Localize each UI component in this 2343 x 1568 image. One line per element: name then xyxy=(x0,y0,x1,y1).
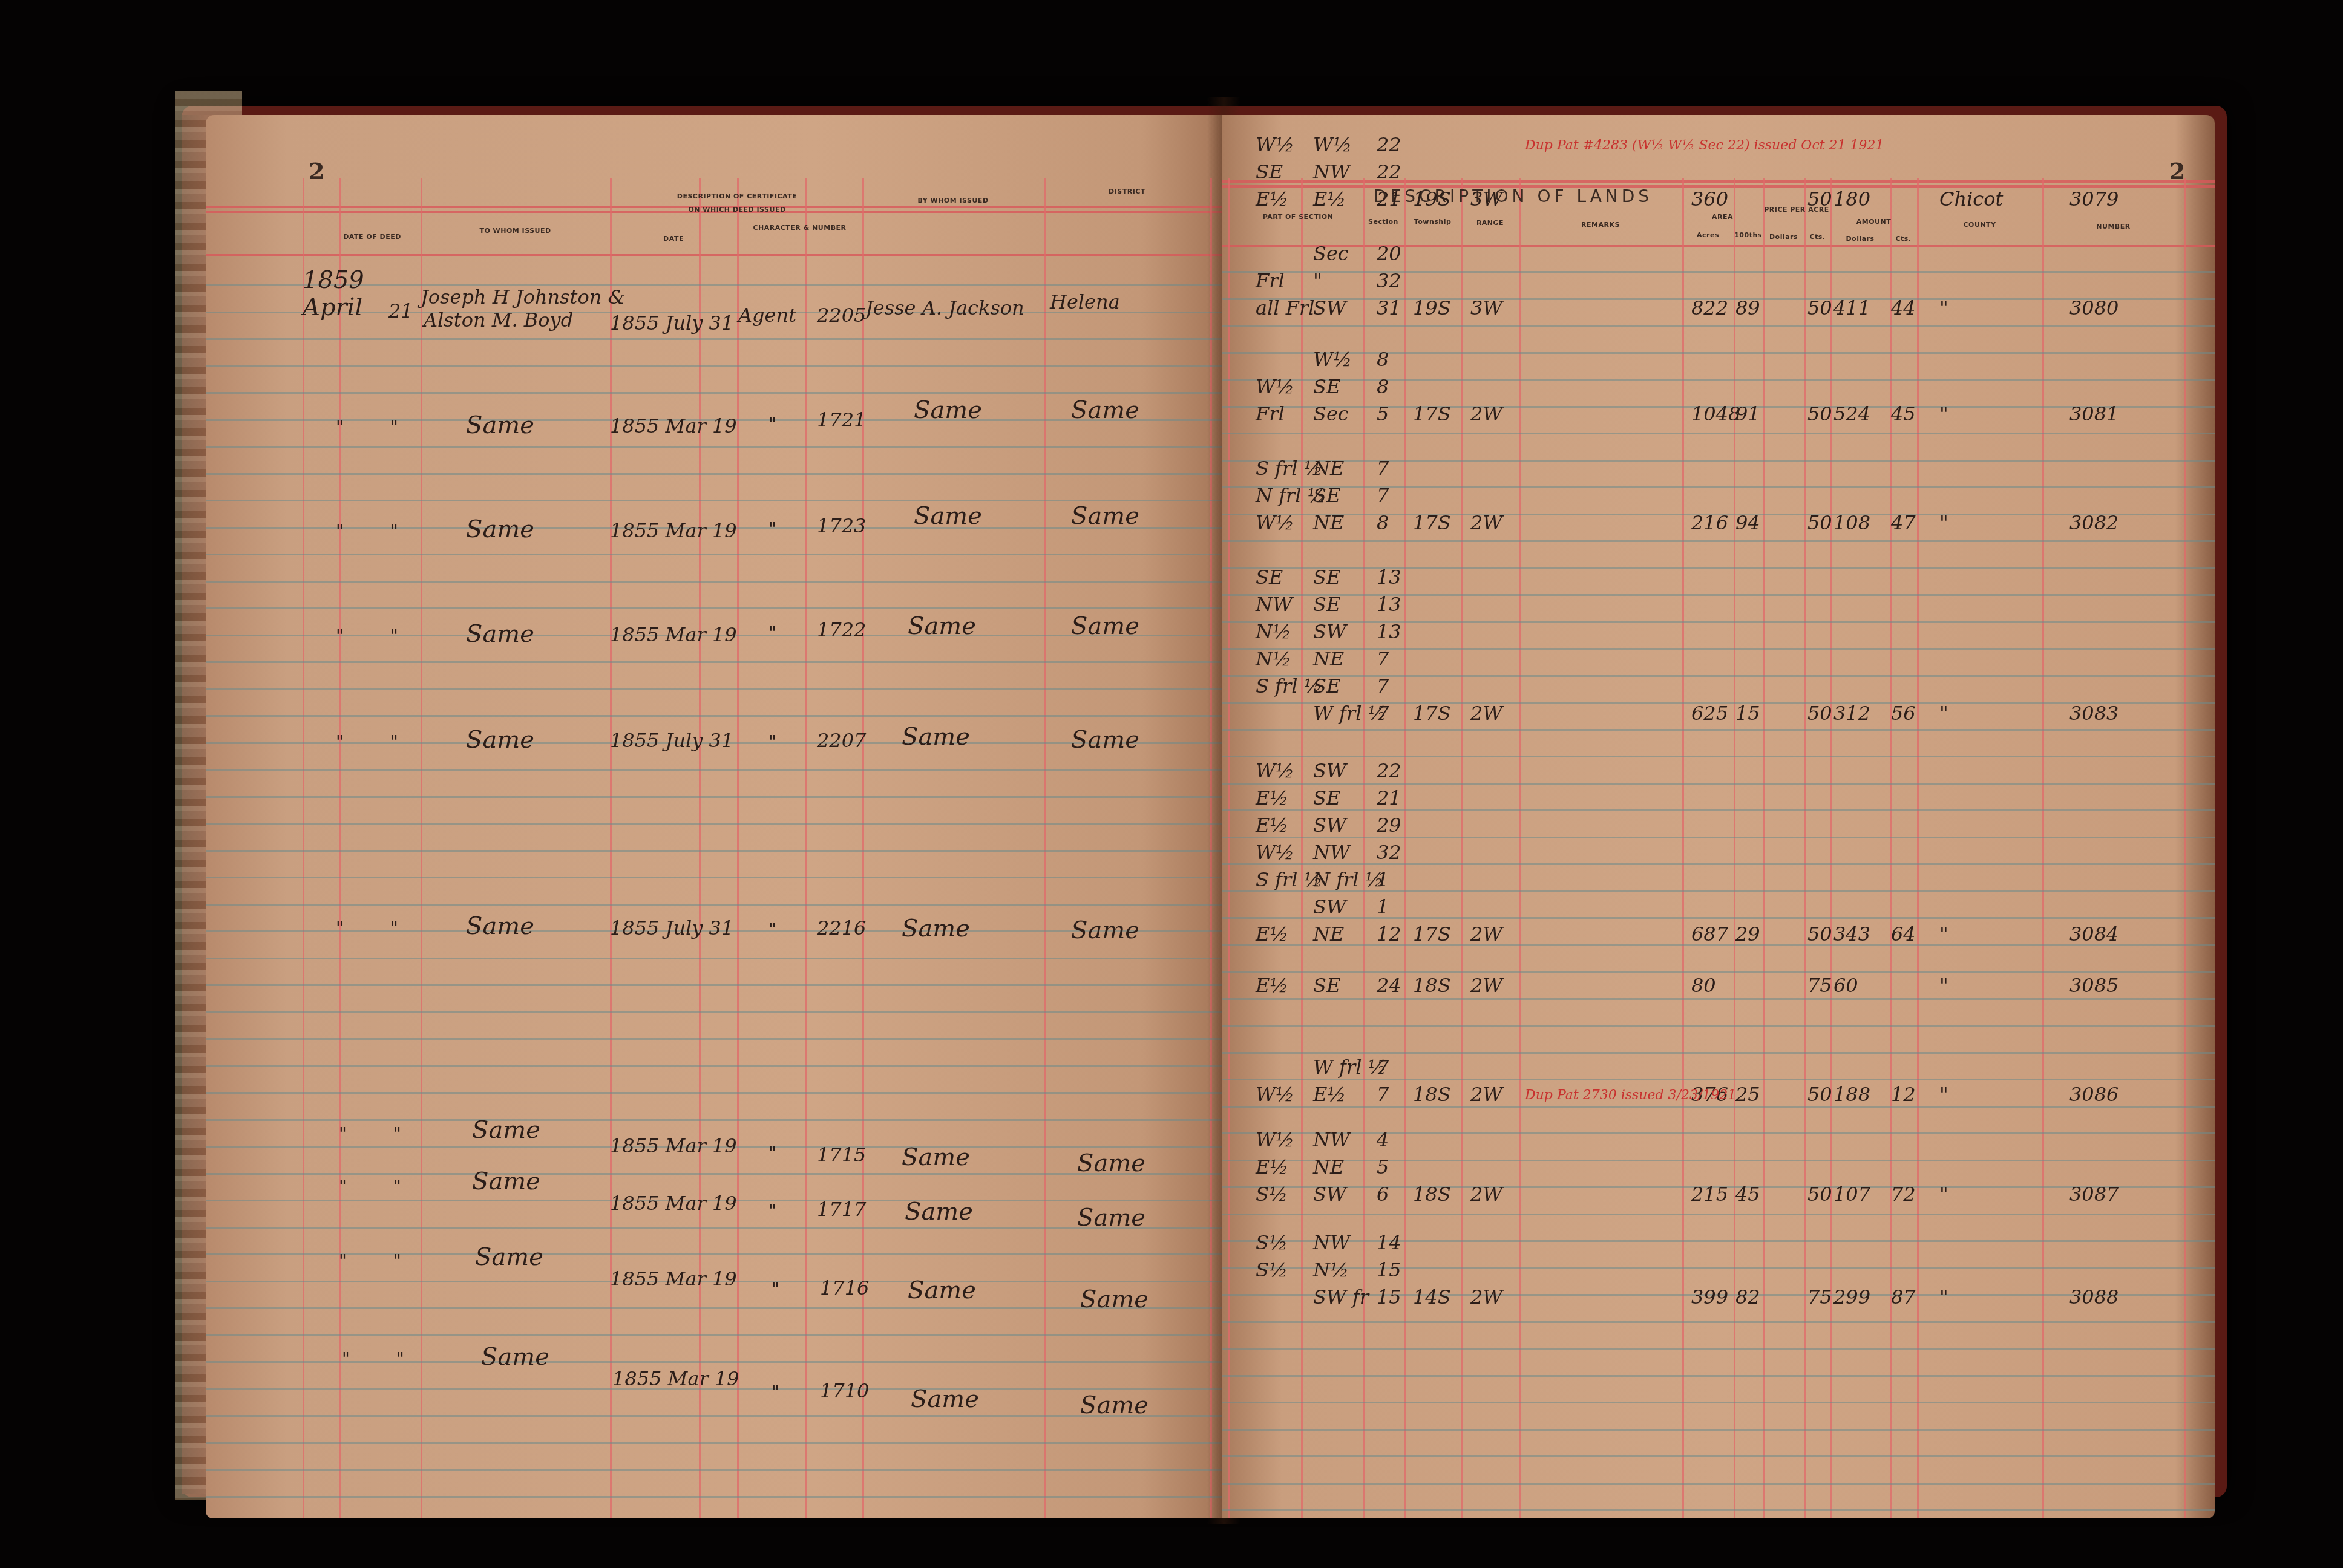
header-area: AREA xyxy=(1682,213,1763,221)
ruled-line xyxy=(1222,352,2215,354)
land-county: " xyxy=(1939,1183,1948,1206)
ruled-line xyxy=(206,661,1222,663)
entry-month: " xyxy=(336,732,344,752)
land-acres-hundredths: 94 xyxy=(1735,511,1760,534)
land-number: 3082 xyxy=(2069,511,2119,534)
header-acres: Acres xyxy=(1682,231,1734,239)
land-acres: 360 xyxy=(1691,188,1728,211)
land-part-of-section: NW xyxy=(1256,593,1293,616)
entry-month: " xyxy=(342,1349,350,1369)
land-county: Chicot xyxy=(1939,188,2003,211)
land-amount-dollars: 524 xyxy=(1833,402,1870,425)
land-acres: 625 xyxy=(1691,702,1728,725)
land-part-of-section-2: SE xyxy=(1313,484,1340,507)
land-amount-cents: 64 xyxy=(1891,923,1916,946)
entry-grantee: Same xyxy=(466,912,534,940)
ruled-line xyxy=(206,581,1222,583)
land-section: 7 xyxy=(1377,1083,1389,1106)
land-part-of-section-2: Sec xyxy=(1313,242,1349,265)
land-section: 1 xyxy=(1377,895,1389,918)
entry-cert-date: 1855 July 31 xyxy=(610,729,733,752)
land-section: 22 xyxy=(1377,160,1401,183)
land-part-of-section-2: W½ xyxy=(1313,133,1352,156)
land-section: 32 xyxy=(1377,841,1401,864)
ruled-line xyxy=(1222,1079,2215,1080)
land-range: 3W xyxy=(1470,296,1502,319)
land-part-of-section: E½ xyxy=(1256,923,1288,946)
ruled-line xyxy=(206,1065,1222,1067)
entry-district: Helena xyxy=(1050,290,1120,313)
land-section: 8 xyxy=(1377,511,1389,534)
ruled-line xyxy=(206,1227,1222,1229)
ruled-line xyxy=(1222,379,2215,381)
entry-grantee: Same xyxy=(466,726,534,754)
entry-grantee-2: Alston M. Boyd xyxy=(424,309,573,332)
header-section: Section xyxy=(1363,218,1404,226)
land-amount-dollars: 312 xyxy=(1833,702,1870,725)
entry-character: " xyxy=(772,1279,779,1299)
ruled-line xyxy=(206,1469,1222,1471)
entry-number: 1715 xyxy=(817,1143,866,1166)
land-county: " xyxy=(1939,974,1948,997)
land-price-cents: 50 xyxy=(1807,923,1832,946)
land-part-of-section-2: Sec xyxy=(1313,402,1349,425)
ruled-line xyxy=(1222,1483,2215,1485)
ruled-line xyxy=(1222,460,2215,462)
header-cert-date: DATE xyxy=(610,235,737,243)
ruled-line xyxy=(206,1253,1222,1255)
land-part-of-section-2: SE xyxy=(1313,675,1340,697)
ruled-line xyxy=(206,796,1222,798)
land-county: " xyxy=(1939,1083,1948,1106)
land-acres: 822 xyxy=(1691,296,1728,319)
land-section: 13 xyxy=(1377,620,1401,643)
land-range: 2W xyxy=(1470,402,1502,425)
col-line xyxy=(805,178,807,1518)
land-acres: 80 xyxy=(1691,974,1716,997)
ruled-line xyxy=(1222,1214,2215,1215)
land-county: " xyxy=(1939,702,1948,725)
land-part-of-section-2: N frl ½ xyxy=(1313,868,1384,891)
land-section: 7 xyxy=(1377,484,1389,507)
entry-district: Same xyxy=(1080,1285,1149,1313)
land-range: 2W xyxy=(1470,1083,1502,1106)
land-section: 32 xyxy=(1377,269,1401,292)
ruled-line xyxy=(206,1496,1222,1498)
land-amount-cents: 47 xyxy=(1891,511,1916,534)
land-amount-dollars: 411 xyxy=(1833,296,1870,319)
header-by-whom-issued: BY WHOM ISSUED xyxy=(862,197,1044,204)
ruled-line xyxy=(1222,1375,2215,1377)
entry-day: " xyxy=(396,1349,404,1369)
land-part-of-section-2: SW xyxy=(1313,759,1346,782)
land-price-cents: 75 xyxy=(1807,1285,1832,1308)
land-county: " xyxy=(1939,511,1948,534)
land-range: 2W xyxy=(1470,702,1502,725)
land-section: 7 xyxy=(1377,702,1389,725)
ruled-line xyxy=(1222,621,2215,623)
land-part-of-section: all Frl xyxy=(1256,296,1314,319)
land-acres-hundredths: 82 xyxy=(1735,1285,1760,1308)
land-part-of-section-2: E½ xyxy=(1313,188,1346,211)
land-part-of-section-2: SE xyxy=(1313,593,1340,616)
land-amount-cents: 72 xyxy=(1891,1183,1916,1206)
entry-grantee: Same xyxy=(472,1116,540,1144)
land-part-of-section-2: NE xyxy=(1313,923,1344,946)
header-top-rule xyxy=(1222,180,2215,183)
land-part-of-section-2: SW xyxy=(1313,814,1346,837)
land-township: 18S xyxy=(1413,1183,1451,1206)
header-remarks: REMARKS xyxy=(1519,221,1682,229)
ruled-line xyxy=(1222,1321,2215,1323)
land-part-of-section: W½ xyxy=(1256,759,1294,782)
entry-district: Same xyxy=(1071,916,1139,944)
entry-day: " xyxy=(390,417,398,437)
entry-district: Same xyxy=(1071,726,1139,754)
land-part-of-section-2: NW xyxy=(1313,1231,1350,1254)
land-section: 20 xyxy=(1377,242,1401,265)
land-part-of-section-2: NW xyxy=(1313,160,1350,183)
land-county: " xyxy=(1939,296,1948,319)
land-part-of-section-2: NE xyxy=(1313,1155,1344,1178)
land-acres-hundredths: 29 xyxy=(1735,923,1760,946)
land-part-of-section: E½ xyxy=(1256,1155,1288,1178)
land-part-of-section-2: SW xyxy=(1313,895,1346,918)
ruled-line xyxy=(1222,1402,2215,1403)
ruled-line xyxy=(1222,540,2215,542)
land-county: " xyxy=(1939,923,1948,946)
land-number: 3087 xyxy=(2069,1183,2119,1206)
land-part-of-section: S½ xyxy=(1256,1183,1288,1206)
header-county: COUNTY xyxy=(1917,221,2042,229)
ruled-line xyxy=(1222,1348,2215,1350)
land-part-of-section: W½ xyxy=(1256,1128,1294,1151)
ruled-line xyxy=(206,769,1222,771)
land-price-cents: 50 xyxy=(1807,511,1832,534)
ruled-line xyxy=(1222,756,2215,757)
land-part-of-section-2: E½ xyxy=(1313,1083,1346,1106)
entry-number: 2216 xyxy=(817,916,866,939)
land-amount-dollars: 180 xyxy=(1833,188,1870,211)
entry-year: 1859 xyxy=(303,266,364,294)
land-part-of-section: SE xyxy=(1256,566,1283,589)
land-part-of-section: W½ xyxy=(1256,1083,1294,1106)
header-range: RANGE xyxy=(1461,219,1519,227)
land-acres: 215 xyxy=(1691,1183,1728,1206)
land-part-of-section-2: W frl ½ xyxy=(1313,1056,1387,1079)
ruled-line xyxy=(1222,1025,2215,1027)
land-amount-cents: 44 xyxy=(1891,296,1916,319)
col-line xyxy=(1044,178,1046,1518)
entry-day: 21 xyxy=(388,299,413,322)
ruled-line xyxy=(1222,1429,2215,1431)
entry-character: " xyxy=(768,920,776,939)
ruled-line xyxy=(206,1334,1222,1336)
ruled-line xyxy=(1222,971,2215,973)
entry-character: " xyxy=(768,519,776,539)
entry-district: Same xyxy=(1071,612,1139,640)
ruled-line xyxy=(206,850,1222,852)
land-part-of-section-2: W frl ½ xyxy=(1313,702,1387,725)
land-part-of-section-2: SE xyxy=(1313,974,1340,997)
ruled-line xyxy=(206,823,1222,825)
land-section: 21 xyxy=(1377,188,1401,211)
land-part-of-section: Frl xyxy=(1256,269,1285,292)
entry-grantee: Same xyxy=(466,515,534,543)
entry-character: " xyxy=(772,1382,779,1402)
header-price-cents: Cts. xyxy=(1804,233,1830,241)
land-amount-cents: 87 xyxy=(1891,1285,1916,1308)
entry-issued-by: Same xyxy=(902,1143,970,1171)
ruled-line xyxy=(1222,433,2215,434)
land-part-of-section-2: NE xyxy=(1313,647,1344,670)
land-amount-dollars: 343 xyxy=(1833,923,1870,946)
land-section: 5 xyxy=(1377,402,1389,425)
entry-district: Same xyxy=(1080,1391,1149,1419)
entry-grantee: Same xyxy=(475,1243,543,1271)
entry-cert-date: 1855 Mar 19 xyxy=(610,414,737,437)
entry-character: " xyxy=(768,1201,776,1221)
header-amount-dollars: Dollars xyxy=(1830,235,1890,243)
land-acres: 687 xyxy=(1691,923,1728,946)
land-amount-cents: 12 xyxy=(1891,1083,1916,1106)
ruled-line xyxy=(1222,1132,2215,1134)
ruled-line xyxy=(1222,325,2215,327)
entry-cert-date: 1855 July 31 xyxy=(610,916,733,939)
land-part-of-section: W½ xyxy=(1256,133,1294,156)
entry-character: " xyxy=(768,623,776,643)
header-amount-cents: Cts. xyxy=(1890,235,1917,243)
land-part-of-section-2: SW xyxy=(1313,1183,1346,1206)
entry-grantee: Same xyxy=(466,411,534,439)
entry-cert-date: 1855 Mar 19 xyxy=(610,1192,737,1215)
header-character-number: CHARACTER & NUMBER xyxy=(737,224,862,232)
entry-month: " xyxy=(339,1177,347,1197)
entry-district: Same xyxy=(1077,1204,1145,1232)
header-bottom-rule xyxy=(206,254,1222,256)
header-hundredths: 100ths xyxy=(1734,231,1763,239)
entry-number: 1722 xyxy=(817,618,866,641)
entry-cert-date: 1855 Mar 19 xyxy=(612,1367,739,1390)
land-remarks: Dup Pat 2730 issued 3/23/1921 xyxy=(1525,1088,1736,1103)
ruled-line xyxy=(206,1442,1222,1444)
entry-issued-by: Same xyxy=(911,1385,979,1413)
land-part-of-section-2: " xyxy=(1313,269,1322,292)
land-acres-hundredths: 91 xyxy=(1735,402,1760,425)
land-price-cents: 50 xyxy=(1807,188,1832,211)
land-range: 2W xyxy=(1470,511,1502,534)
land-acres: 399 xyxy=(1691,1285,1728,1308)
entry-grantee: Same xyxy=(481,1343,549,1371)
ruled-line xyxy=(1222,809,2215,811)
land-section: 22 xyxy=(1377,133,1401,156)
entry-district: Same xyxy=(1071,502,1139,530)
ruled-line xyxy=(1222,1509,2215,1511)
ruled-line xyxy=(206,607,1222,609)
land-part-of-section-2: SW fr xyxy=(1313,1285,1369,1308)
ruled-line xyxy=(1222,1160,2215,1161)
ruled-line xyxy=(206,500,1222,501)
ruled-line xyxy=(206,1092,1222,1094)
land-part-of-section: N½ xyxy=(1256,647,1291,670)
entry-issued-by: Same xyxy=(908,1276,976,1304)
ruled-line xyxy=(1222,1455,2215,1457)
land-township: 17S xyxy=(1413,702,1451,725)
entry-day: " xyxy=(393,1251,401,1271)
entry-grantee: Same xyxy=(472,1168,540,1195)
entry-issued-by: Same xyxy=(914,502,982,530)
land-part-of-section-2: N½ xyxy=(1313,1258,1349,1281)
ruled-line xyxy=(1222,863,2215,865)
land-acres: 216 xyxy=(1691,511,1728,534)
header-bottom-rule xyxy=(1222,245,2215,247)
ruled-line xyxy=(206,365,1222,367)
ruled-line xyxy=(206,1011,1222,1013)
ruled-line xyxy=(1222,998,2215,1000)
land-number: 3083 xyxy=(2069,702,2119,725)
land-range: 2W xyxy=(1470,974,1502,997)
land-section: 15 xyxy=(1377,1258,1401,1281)
entry-number: 1716 xyxy=(820,1276,869,1299)
ruled-line xyxy=(206,473,1222,475)
entry-number: 1721 xyxy=(817,408,866,431)
land-section: 29 xyxy=(1377,814,1401,837)
entry-character: " xyxy=(768,1143,776,1163)
land-range: 2W xyxy=(1470,1183,1502,1206)
land-section: 8 xyxy=(1377,348,1389,371)
land-township: 19S xyxy=(1413,296,1451,319)
land-number: 3080 xyxy=(2069,296,2119,319)
ruled-line xyxy=(1222,729,2215,731)
land-price-cents: 50 xyxy=(1807,1183,1832,1206)
entry-issued-by: Same xyxy=(914,396,982,424)
land-price-cents: 50 xyxy=(1807,1083,1832,1106)
ruled-line xyxy=(206,1361,1222,1363)
land-section: 13 xyxy=(1377,566,1401,589)
entry-issued-by: Same xyxy=(908,612,976,640)
land-number: 3086 xyxy=(2069,1083,2119,1106)
land-acres-hundredths: 89 xyxy=(1735,296,1760,319)
land-part-of-section-2: SW xyxy=(1313,620,1346,643)
entry-day: " xyxy=(390,732,398,752)
land-acres-hundredths: 25 xyxy=(1735,1083,1760,1106)
land-part-of-section: E½ xyxy=(1256,814,1288,837)
land-part-of-section: SE xyxy=(1256,160,1283,183)
land-township: 18S xyxy=(1413,974,1451,997)
land-acres: 1048 xyxy=(1691,402,1740,425)
entry-day: " xyxy=(390,918,398,938)
land-remarks: Dup Pat #4283 (W½ W½ Sec 22) issued Oct … xyxy=(1525,138,1884,153)
land-number: 3088 xyxy=(2069,1285,2119,1308)
land-number: 3084 xyxy=(2069,923,2119,946)
land-amount-cents: 56 xyxy=(1891,702,1916,725)
ruled-line xyxy=(206,554,1222,555)
entry-cert-date: 1855 Mar 19 xyxy=(610,519,737,542)
land-section: 21 xyxy=(1377,786,1401,809)
entry-cert-date: 1855 Mar 19 xyxy=(610,623,737,646)
land-county: " xyxy=(1939,1285,1948,1308)
header-part-of-section: PART OF SECTION xyxy=(1228,213,1368,221)
land-amount-dollars: 188 xyxy=(1833,1083,1870,1106)
ruled-line xyxy=(206,958,1222,959)
land-part-of-section-2: SE xyxy=(1313,786,1340,809)
land-range: 2W xyxy=(1470,923,1502,946)
entry-month: April xyxy=(303,293,362,321)
land-part-of-section: W½ xyxy=(1256,375,1294,398)
entry-month: " xyxy=(336,417,344,437)
land-section: 5 xyxy=(1377,1155,1389,1178)
land-section: 22 xyxy=(1377,759,1401,782)
ruled-line xyxy=(206,984,1222,986)
land-section: 7 xyxy=(1377,457,1389,480)
land-price-cents: 75 xyxy=(1807,974,1832,997)
ruled-line xyxy=(1222,271,2215,273)
entry-day: " xyxy=(390,521,398,541)
land-part-of-section: N½ xyxy=(1256,620,1291,643)
land-section: 15 xyxy=(1377,1285,1401,1308)
entry-number: 1710 xyxy=(820,1379,869,1402)
ruled-line xyxy=(206,338,1222,340)
land-section: 8 xyxy=(1377,375,1389,398)
ruled-line xyxy=(1222,648,2215,650)
land-part-of-section: E½ xyxy=(1256,188,1288,211)
header-certificate: DESCRIPTION OF CERTIFICATE xyxy=(610,192,864,200)
land-part-of-section: W½ xyxy=(1256,841,1294,864)
ruled-line xyxy=(206,392,1222,394)
col-line xyxy=(421,178,422,1518)
entry-month: " xyxy=(339,1124,347,1144)
ruled-line xyxy=(206,1415,1222,1417)
entry-day: " xyxy=(390,626,398,646)
land-part-of-section-2: NW xyxy=(1313,1128,1350,1151)
ruled-line xyxy=(206,1119,1222,1121)
ruled-line xyxy=(1222,1052,2215,1054)
entry-district: Same xyxy=(1071,396,1139,424)
header-number: NUMBER xyxy=(2042,223,2184,230)
entry-cert-date: 1855 Mar 19 xyxy=(610,1267,737,1290)
header-township: Township xyxy=(1404,218,1461,226)
left-page-number: 2 xyxy=(309,157,324,185)
land-part-of-section-2: SW xyxy=(1313,296,1346,319)
land-part-of-section-2: SE xyxy=(1313,566,1340,589)
land-part-of-section-2: SE xyxy=(1313,375,1340,398)
land-part-of-section: S½ xyxy=(1256,1231,1288,1254)
entry-month: " xyxy=(336,521,344,541)
ruled-line xyxy=(1222,567,2215,569)
ruled-line xyxy=(1222,837,2215,838)
ruled-line xyxy=(206,1173,1222,1175)
entry-issued-by: Jesse A. Jackson xyxy=(865,296,1024,319)
ruled-line xyxy=(206,446,1222,448)
land-part-of-section-2: NW xyxy=(1313,841,1350,864)
land-section: 6 xyxy=(1377,1183,1389,1206)
header-price-dollars: Dollars xyxy=(1763,233,1804,241)
land-section: 24 xyxy=(1377,974,1401,997)
col-line xyxy=(339,178,341,1518)
land-range: 3W xyxy=(1470,188,1502,211)
ruled-line xyxy=(206,877,1222,878)
land-price-cents: 50 xyxy=(1807,702,1832,725)
land-section: 1 xyxy=(1377,868,1389,891)
land-number: 3079 xyxy=(2069,188,2119,211)
land-section: 7 xyxy=(1377,675,1389,697)
land-part-of-section: E½ xyxy=(1256,974,1288,997)
land-section: 31 xyxy=(1377,296,1401,319)
entry-cert-date: 1855 July 31 xyxy=(610,312,733,335)
land-part-of-section: W½ xyxy=(1256,511,1294,534)
land-section: 13 xyxy=(1377,593,1401,616)
entry-issued-by: Same xyxy=(902,915,970,942)
